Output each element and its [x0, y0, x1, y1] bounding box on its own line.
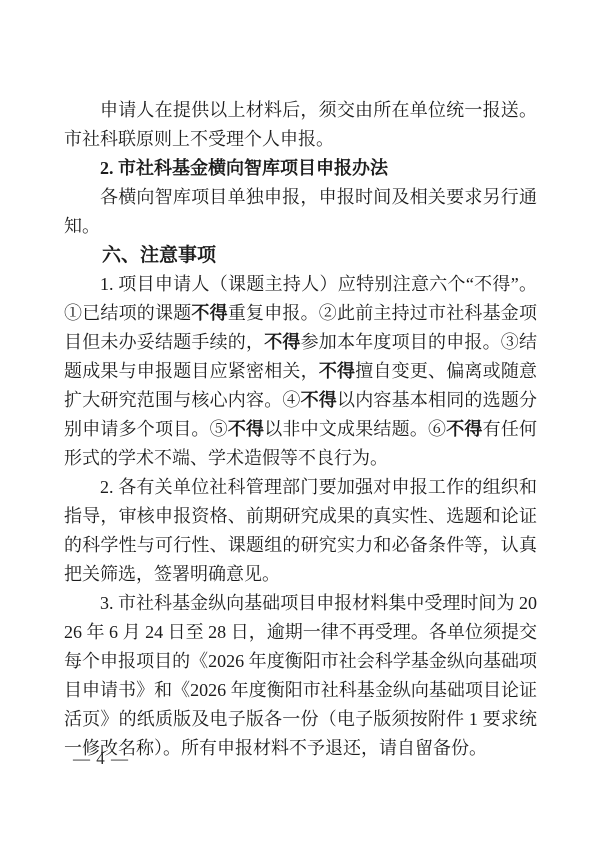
emphasis-text: 不得 [264, 332, 300, 352]
text-run: 3. 市社科基金纵向基础项目申报材料集中受理时间为 2026 年 6 月 24 … [64, 593, 537, 758]
text-run: 以非中文成果结题。⑥ [264, 419, 446, 439]
para-thinktank-separate-application: 各横向智库项目单独申报，申报时间及相关要求另行通知。 [64, 183, 537, 241]
heading-section-six-notes: 六、注意事项 [64, 241, 537, 270]
emphasis-text: 不得 [446, 419, 482, 439]
para-note-3-acceptance-period: 3. 市社科基金纵向基础项目申报材料集中受理时间为 2026 年 6 月 24 … [64, 589, 537, 763]
document-page: 申请人在提供以上材料后，须交由所在单位统一报送。市社科联原则上不受理个人申报。2… [0, 0, 600, 848]
text-run: 2. 各有关单位社科管理部门要加强对申报工作的组织和指导，审核申报资格、前期研究… [64, 477, 537, 584]
para-unit-submission: 申请人在提供以上材料后，须交由所在单位统一报送。市社科联原则上不受理个人申报。 [64, 96, 537, 154]
para-note-1-six-prohibitions: 1. 项目申请人（课题主持人）应特别注意六个“不得”。①已结项的课题不得重复申报… [64, 270, 537, 473]
text-run: 申请人在提供以上材料后，须交由所在单位统一报送。市社科联原则上不受理个人申报。 [64, 100, 537, 149]
heading-horizontal-thinktank-method: 2. 市社科基金横向智库项目申报办法 [64, 154, 537, 183]
document-body: 申请人在提供以上材料后，须交由所在单位统一报送。市社科联原则上不受理个人申报。2… [64, 96, 537, 763]
emphasis-text: 不得 [301, 390, 337, 410]
emphasis-text: 2. 市社科基金横向智库项目申报办法 [100, 158, 388, 178]
para-note-2-unit-review: 2. 各有关单位社科管理部门要加强对申报工作的组织和指导，审核申报资格、前期研究… [64, 473, 537, 589]
emphasis-text: 不得 [319, 361, 355, 381]
page-number: — 4 — [73, 749, 129, 769]
emphasis-text: 不得 [191, 303, 227, 323]
emphasis-text: 不得 [228, 419, 264, 439]
emphasis-text: 六、注意事项 [102, 245, 216, 266]
text-run: 各横向智库项目单独申报，申报时间及相关要求另行通知。 [64, 187, 537, 236]
